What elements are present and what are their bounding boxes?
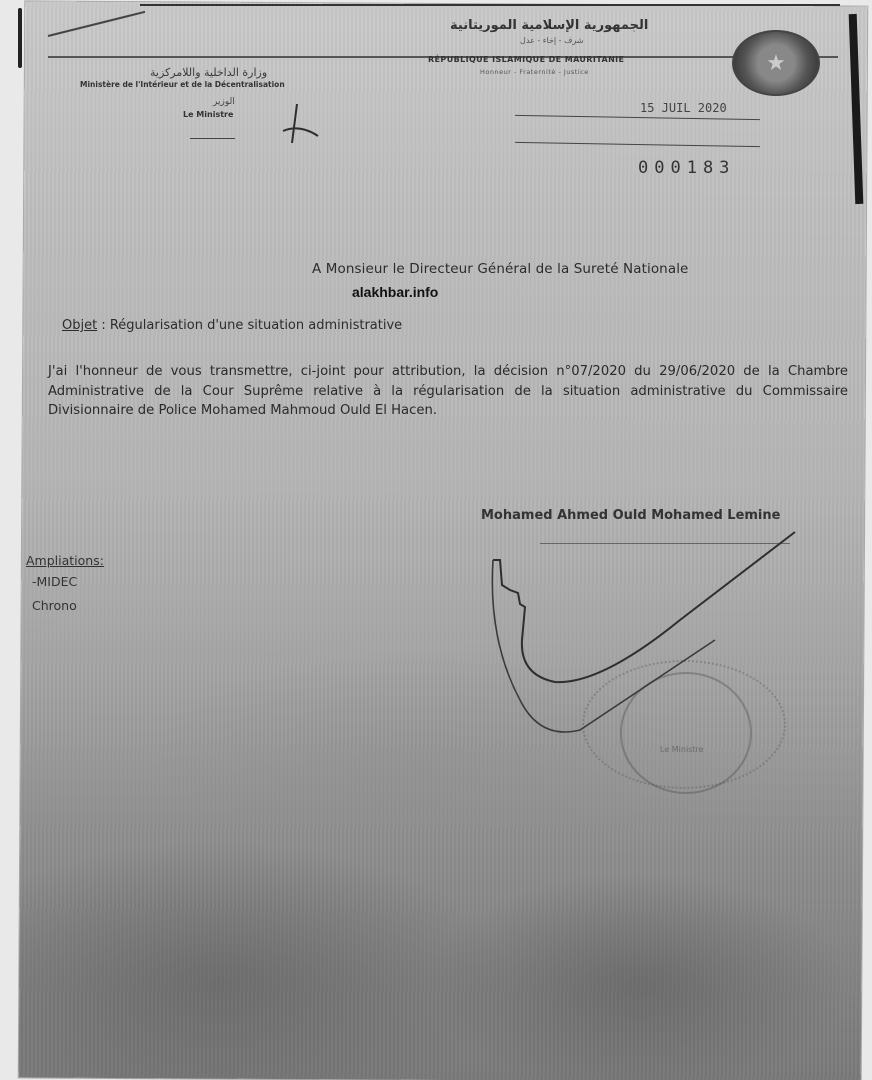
signature-strokes [0, 0, 872, 1080]
main-signature-lower [492, 560, 715, 732]
main-signature [493, 532, 795, 682]
minister-initial-signature [283, 104, 318, 143]
